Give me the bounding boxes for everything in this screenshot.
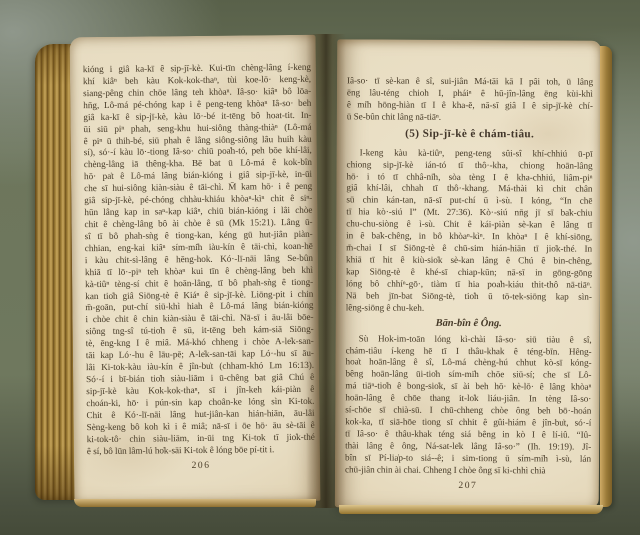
text-line: I-keng kàu kà-tiûⁿ, peng-teng sûi-sî khí… <box>347 147 593 160</box>
photo-background: kióng i giâ ka-kī ê sip-jī-kè. Kui-tīn c… <box>0 0 640 535</box>
text-line: Nā beh jīn-bat Siōng-tè, tio̍h ū tō-tek-… <box>346 290 592 303</box>
text-line: lêng-siōng ê chu-keh. <box>346 302 592 315</box>
text-line: thài lâng ê ông, Ná-sat-le̍k lâng Iâ-so·… <box>345 440 591 453</box>
text-line: ê mi̍h hōng-hiàn tī I ê kha-ē, nā-sī giâ… <box>347 99 593 112</box>
text-line: chū-jiân chin ài chai. Chheng I chòe ông… <box>345 464 591 477</box>
text-line: ū Se-bûn chit lâng nā-tiāⁿ. <box>347 111 593 124</box>
text-line: chiong sip-jī-kè ián-tó tī thô·-kha, chi… <box>347 159 593 172</box>
book-page-edges-bottom-right <box>339 505 603 514</box>
right-page-paragraph-1: I-keng kàu kà-tiûⁿ, peng-teng sûi-sî khí… <box>346 147 593 315</box>
right-page-text: Iâ-so· tī sè-kan ê sî, sui-jiân Má-tāi k… <box>345 75 593 491</box>
text-line: kap Siōng-tè ê khé-sī chiap-kūn; nā-sī i… <box>346 266 592 279</box>
book-page-edges-right <box>600 46 612 507</box>
right-page-intro-paragraph: Iâ-so· tī sè-kan ê sî, sui-jiân Má-tāi k… <box>347 75 593 124</box>
left-page-text: kióng i giâ ka-kī ê sip-jī-kè. Kui-tīn c… <box>83 62 315 473</box>
left-page: kióng i giâ ka-kī ê sip-jī-kè. Kui-tīn c… <box>70 35 321 504</box>
left-page-paragraph: kióng i giâ ka-kī ê sip-jī-kè. Kui-tīn c… <box>83 62 315 458</box>
book-page-edges-bottom-left <box>74 499 316 507</box>
text-line: Sù Hok-im-toān lóng kì-chài Iâ-so· siū t… <box>346 333 592 346</box>
text-line: bîn sī Pí-lia̍p-to siá--ê; i sim-tiong ū… <box>345 452 591 465</box>
text-line: ê sí, bô lūn lâm-lú ho̍k-sāi Ki-tok ê ló… <box>87 443 315 457</box>
right-page-number: 207 <box>345 479 591 491</box>
right-page: Iâ-so· tī sè-kan ê sî, sui-jiân Má-tāi k… <box>335 39 601 508</box>
text-line: ēng lâu-téng chioh I, pháiⁿ ê hū-jîn-lân… <box>347 87 593 100</box>
subsection-heading: Bān-bîn ê Ông. <box>346 316 592 330</box>
text-line: ki-tok-tô· chin siàu-liām, in-ūi tng Ki-… <box>87 431 315 445</box>
section-heading: (5) Sip-jī-kè ê chám-tiâu. <box>347 126 593 141</box>
text-line: lóng bô chhíⁿ-gō·, tiàm tī hia poa̍h-kiá… <box>346 278 592 291</box>
right-page-paragraph-2: Sù Hok-im-toān lóng kì-chài Iâ-so· siū t… <box>345 333 592 477</box>
left-page-number: 206 <box>87 459 315 472</box>
